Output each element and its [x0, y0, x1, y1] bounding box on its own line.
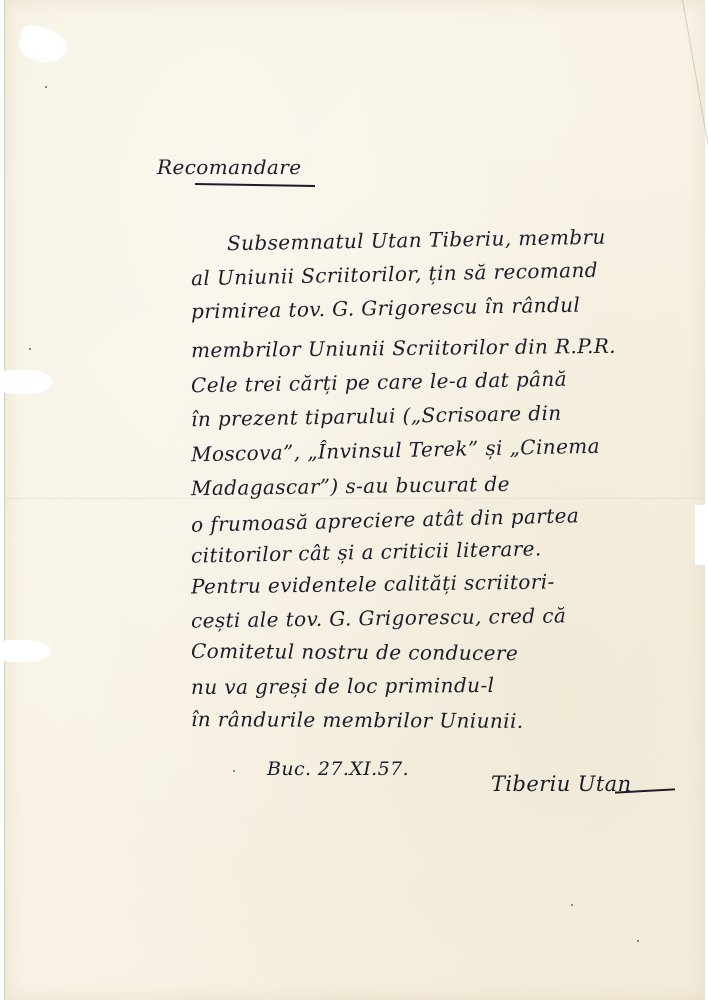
letter-date: Buc. 27.XI.57.: [267, 758, 409, 780]
paper-tear-left-lower: [1, 640, 51, 662]
paper-speck: [571, 904, 573, 906]
body-line-14: nu va greși de loc primindu-l: [191, 673, 495, 699]
paper-tear-top-left: [15, 21, 71, 68]
body-line-12: cești ale tov. G. Grigorescu, cred că: [191, 603, 567, 632]
signature: Tiberiu Utan: [491, 772, 632, 796]
paper-tear-left-upper: [1, 370, 53, 394]
paper-speck: [637, 940, 639, 942]
body-line-7: Moscova”, „Învinsul Terek” și „Cinema: [191, 434, 600, 467]
body-line-15: în rândurile membrilor Uniunii.: [191, 707, 524, 733]
body-line-13: Comitetul nostru de conducere: [191, 639, 518, 665]
body-line-8: Madagascar”) s-au bucurat de: [191, 472, 510, 500]
paper-tear-right: [695, 505, 708, 565]
paper-speck: [45, 86, 47, 88]
body-line-3: primirea tov. G. Grigorescu în rândul: [191, 293, 581, 324]
body-line-4: membrilor Uniunii Scriitorilor din R.P.R…: [191, 334, 616, 362]
body-line-6: în prezent tiparului („Scrisoare din: [191, 401, 562, 431]
letter-page: Recomandare Subsemnatul Utan Tiberiu, me…: [4, 0, 705, 1000]
body-line-10: cititorilor cât și a criticii literare.: [191, 536, 542, 567]
paper-fold-crease: [5, 498, 705, 499]
paper-fold-crease-corner: [682, 0, 708, 158]
paper-speck: [233, 770, 235, 772]
body-line-1: Subsemnatul Utan Tiberiu, membru: [227, 225, 606, 256]
body-line-11: Pentru evidentele calități scriitori-: [191, 569, 555, 598]
paper-speck: [29, 348, 31, 350]
body-line-2: al Uniunii Scriitorilor, țin să recomand: [191, 258, 598, 291]
title-underline: [195, 183, 315, 187]
letter-title: Recomandare: [157, 155, 301, 179]
body-line-9: o frumoasă apreciere atât din partea: [191, 503, 580, 536]
body-line-5: Cele trei cărți pe care le-a dat până: [191, 367, 567, 398]
